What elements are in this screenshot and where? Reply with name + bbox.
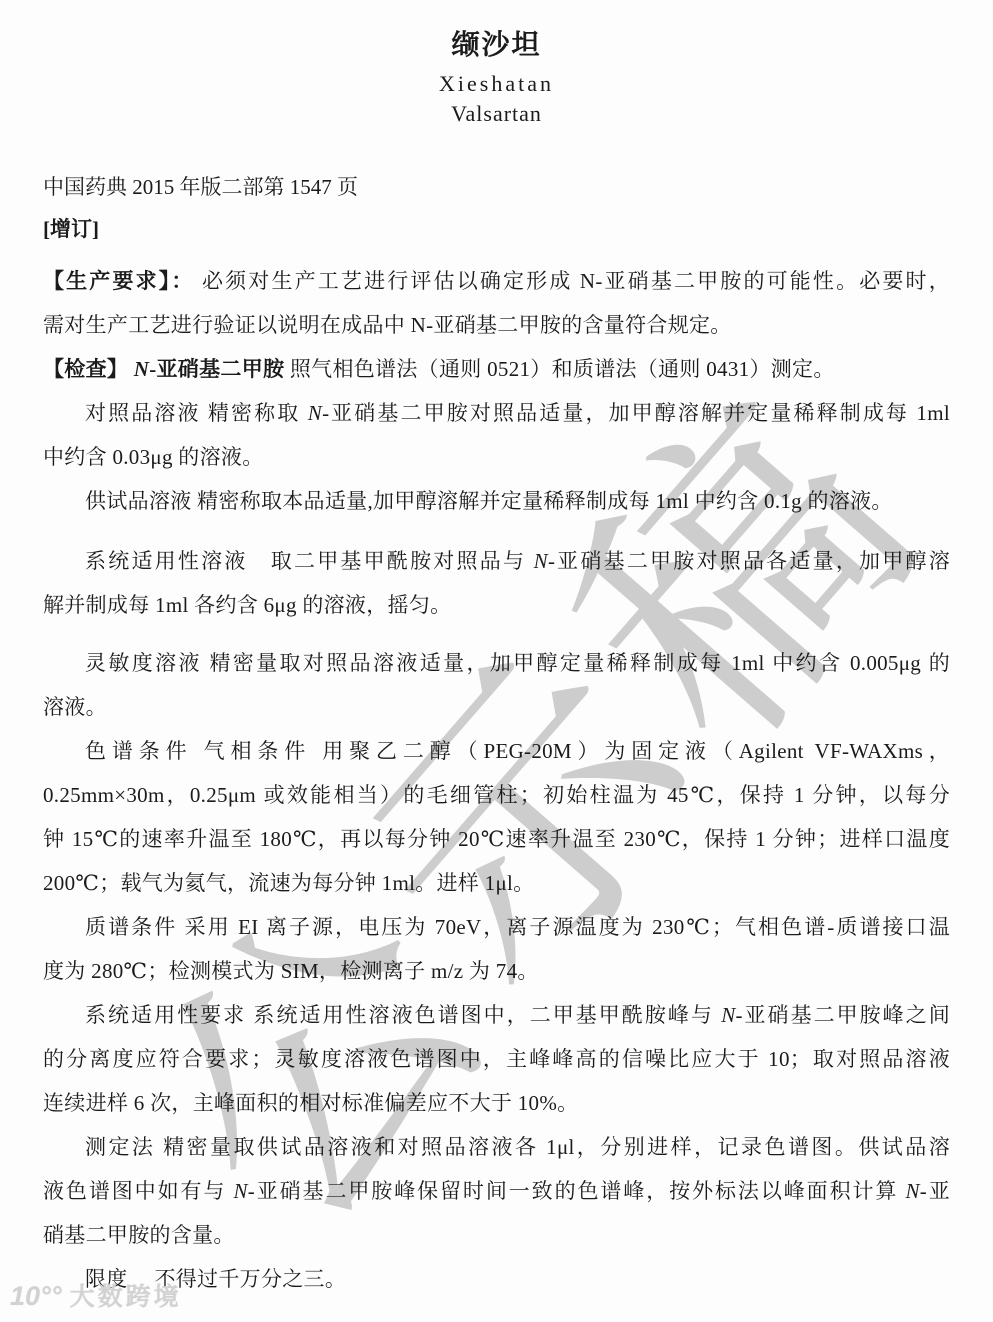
text-line: 硝基二甲胺的含量。 <box>43 1213 950 1257</box>
text-line: 液色谱图中如有与 N-亚硝基二甲胺峰保留时间一致的色谱峰，按外标法以峰面积计算 … <box>43 1169 950 1213</box>
document-body: 【生产要求】： 必须对生产工艺进行评估以确定形成 N-亚硝基二甲胺的可能性。必要… <box>43 259 950 1301</box>
paragraph: 对照品溶液 精密称取 N-亚硝基二甲胺对照品适量，加甲醇溶解并定量稀释制成每 1… <box>43 391 950 479</box>
paragraph: 质谱条件 采用 EI 离子源，电压为 70eV，离子源温度为 230℃；气相色谱… <box>43 905 950 993</box>
brand-watermark: 10°°大数跨境 <box>10 1281 182 1312</box>
revision-tag: [增订] <box>43 216 950 242</box>
text-line: 【检查】 N-亚硝基二甲胺 照气相色谱法（通则 0521）和质谱法（通则 043… <box>43 347 950 391</box>
document-content: 缬沙坦 Xieshatan Valsartan 中国药典 2015 年版二部第 … <box>0 0 993 1301</box>
text-line: 的分离度应符合要求；灵敏度溶液色谱图中，主峰峰高的信噪比应大于 10；取对照品溶… <box>43 1037 950 1081</box>
text-line: 需对生产工艺进行验证以说明在成品中 N-亚硝基二甲胺的含量符合规定。 <box>43 303 950 347</box>
text-line: 对照品溶液 精密称取 N-亚硝基二甲胺对照品适量，加甲醇溶解并定量稀释制成每 1… <box>43 391 950 435</box>
text-line: 0.25mm×30m，0.25μm 或效能相当）的毛细管柱；初始柱温为 45℃，… <box>43 773 950 817</box>
document-page: 公示稿 缬沙坦 Xieshatan Valsartan 中国药典 2015 年版… <box>0 0 993 1322</box>
pinyin-title: Xieshatan <box>43 72 950 96</box>
text-line: 系统适用性要求 系统适用性溶液色谱图中，二甲基甲酰胺峰与 N-亚硝基二甲胺峰之间 <box>43 993 950 1037</box>
paragraph: 色谱条件 气相条件 用聚乙二醇（PEG-20M）为固定液（Agilent VF-… <box>43 729 950 905</box>
paragraph: 【检查】 N-亚硝基二甲胺 照气相色谱法（通则 0521）和质谱法（通则 043… <box>43 347 950 391</box>
text-line: 度为 280℃；检测模式为 SIM，检测离子 m/z 为 74。 <box>43 949 950 993</box>
source-reference: 中国药典 2015 年版二部第 1547 页 <box>43 174 950 200</box>
text-line: 灵敏度溶液 精密量取对照品溶液适量，加甲醇定量稀释制成每 1ml 中约含 0.0… <box>43 641 950 685</box>
document-header: 缬沙坦 Xieshatan Valsartan <box>43 30 950 126</box>
paragraph: 灵敏度溶液 精密量取对照品溶液适量，加甲醇定量稀释制成每 1ml 中约含 0.0… <box>43 641 950 729</box>
text-line: 供试品溶液 精密称取本品适量,加甲醇溶解并定量稀释制成每 1ml 中约含 0.1… <box>43 479 950 523</box>
text-line: 系统适用性溶液 取二甲基甲酰胺对照品与 N-亚硝基二甲胺对照品各适量，加甲醇溶 <box>43 539 950 583</box>
paragraph: 供试品溶液 精密称取本品适量,加甲醇溶解并定量稀释制成每 1ml 中约含 0.1… <box>43 479 950 523</box>
text-line: 解并制成每 1ml 各约含 6μg 的溶液，摇匀。 <box>43 583 950 627</box>
page-title: 缬沙坦 <box>43 30 950 62</box>
paragraph: 系统适用性要求 系统适用性溶液色谱图中，二甲基甲酰胺峰与 N-亚硝基二甲胺峰之间… <box>43 993 950 1125</box>
text-line: 溶液。 <box>43 685 950 729</box>
text-line: 测定法 精密量取供试品溶液和对照品溶液各 1μl，分别进样，记录色谱图。供试品溶 <box>43 1125 950 1169</box>
text-line: 连续进样 6 次，主峰面积的相对标准偏差应不大于 10%。 <box>43 1081 950 1125</box>
text-line: 钟 15℃的速率升温至 180℃，再以每分钟 20℃速率升温至 230℃，保持 … <box>43 817 950 861</box>
text-line: 【生产要求】： 必须对生产工艺进行评估以确定形成 N-亚硝基二甲胺的可能性。必要… <box>43 259 950 303</box>
brand-logo-icon: 10°° <box>10 1281 62 1311</box>
paragraph: 测定法 精密量取供试品溶液和对照品溶液各 1μl，分别进样，记录色谱图。供试品溶… <box>43 1125 950 1257</box>
text-line: 中约含 0.03μg 的溶液。 <box>43 435 950 479</box>
text-line: 质谱条件 采用 EI 离子源，电压为 70eV，离子源温度为 230℃；气相色谱… <box>43 905 950 949</box>
text-line: 色谱条件 气相条件 用聚乙二醇（PEG-20M）为固定液（Agilent VF-… <box>43 729 950 773</box>
paragraph: 系统适用性溶液 取二甲基甲酰胺对照品与 N-亚硝基二甲胺对照品各适量，加甲醇溶解… <box>43 539 950 627</box>
english-title: Valsartan <box>43 102 950 126</box>
text-line: 200℃；载气为氦气，流速为每分钟 1ml。进样 1μl。 <box>43 861 950 905</box>
paragraph: 【生产要求】： 必须对生产工艺进行评估以确定形成 N-亚硝基二甲胺的可能性。必要… <box>43 259 950 347</box>
brand-name: 大数跨境 <box>70 1283 182 1311</box>
